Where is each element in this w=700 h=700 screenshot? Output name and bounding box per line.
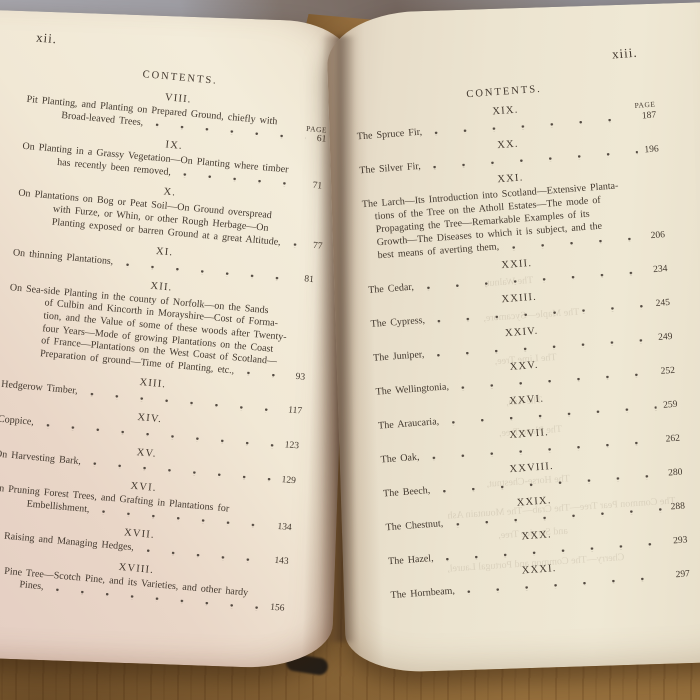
page-number: 259 [661, 399, 678, 413]
toc-title-text: The Oak, [380, 451, 420, 467]
page-number: 187 [640, 109, 657, 123]
page-number: 280 [666, 467, 683, 481]
page-number: 245 [654, 297, 671, 311]
page-number: 117 [285, 405, 302, 419]
toc-title-text: Hedgerow Timber, [1, 379, 79, 398]
page-column-label-left: PAGE [306, 124, 328, 135]
toc-title-text: The Hazel, [388, 552, 434, 568]
page-number: 297 [674, 568, 691, 582]
page-right-content: xiii. CONTENTS. PAGE XIX.The Spruce Fir,… [351, 38, 690, 606]
toc-title-text: The Spruce Fir, [357, 126, 423, 144]
photo-open-book-contents: xii. CONTENTS. PAGE VIII.Pit Planting, a… [0, 0, 700, 700]
toc-entry: XXI.The Larch—Its Introduction into Scot… [360, 162, 665, 264]
page-number: 156 [268, 602, 285, 616]
page-number: 129 [279, 473, 296, 487]
dot-leader [289, 237, 302, 251]
page-column-label-right: PAGE [634, 99, 656, 110]
folio-number-right: xiii. [611, 45, 638, 63]
toc-title-text: The Juniper, [373, 348, 425, 365]
book-page-left: xii. CONTENTS. PAGE VIII.Pit Planting, a… [0, 9, 354, 670]
page-number: 288 [669, 500, 686, 514]
toc-entry: XII.On Sea-side Planting in the county o… [4, 268, 313, 384]
page-number: 143 [272, 555, 289, 569]
page-number: 93 [289, 370, 306, 384]
page-number: 234 [651, 263, 668, 277]
toc-list-left: VIII.Pit Planting, and Planting on Prepa… [0, 70, 330, 616]
toc-title-text: The Araucaria, [378, 415, 440, 432]
page-number: 77 [306, 239, 323, 253]
toc-title-text: The Chestnut, [385, 517, 444, 534]
page-number: 123 [282, 439, 299, 453]
page-number: 252 [659, 365, 676, 379]
page-number: 249 [656, 331, 673, 345]
book-page-right: The Walnut,The Maple—Sycamore,The Lime T… [326, 2, 700, 674]
toc-title-text: The Hornbeam, [390, 584, 455, 602]
toc-title-text: Coppice, [0, 414, 34, 430]
toc-title-text: The Silver Fir, [359, 160, 421, 177]
page-number: 196 [642, 143, 659, 157]
page-number: 81 [297, 273, 314, 287]
dot-leader [243, 366, 285, 382]
toc-list-right: XIX.The Spruce Fir,187XX.The Silver Fir,… [355, 87, 691, 604]
page-number: 71 [306, 179, 323, 193]
toc-title-text: The Cedar, [368, 281, 414, 297]
toc-title-text: Pines, [19, 580, 44, 595]
toc-title-text: The Wellingtonia, [375, 380, 449, 398]
page-number: 134 [275, 520, 292, 534]
page-number: 262 [664, 433, 681, 447]
page-number: 206 [649, 229, 666, 243]
page-number: 293 [671, 534, 688, 548]
page-left-content: xii. CONTENTS. PAGE VIII.Pit Planting, a… [0, 15, 335, 616]
toc-title-text: The Beech, [383, 484, 431, 500]
folio-number-left: xii. [35, 30, 57, 48]
toc-title-text: The Cypress, [370, 314, 425, 331]
